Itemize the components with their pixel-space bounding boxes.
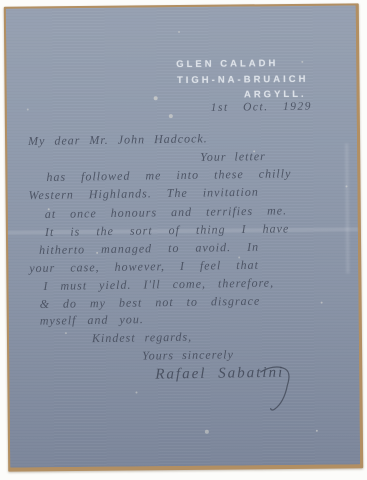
letterhead-line-estate: GLEN CALADH bbox=[176, 56, 278, 72]
letter-line: hitherto managed to avoid. In bbox=[39, 240, 259, 258]
paper-specks bbox=[6, 9, 8, 11]
letter-photo: GLEN CALADH TIGH-NA-BRUAICH ARGYLL. 1st … bbox=[0, 0, 367, 480]
closing: Kindest regards, bbox=[92, 330, 192, 346]
letter-line: myself and you. bbox=[40, 312, 144, 329]
handwritten-date: 1st Oct. 1929 bbox=[211, 100, 312, 113]
letter-paper: GLEN CALADH TIGH-NA-BRUAICH ARGYLL. 1st … bbox=[6, 5, 360, 467]
letter-line: has followed me into these chilly bbox=[46, 166, 291, 185]
signature-flourish bbox=[259, 364, 293, 414]
backing-sheet: GLEN CALADH TIGH-NA-BRUAICH ARGYLL. 1st … bbox=[4, 3, 363, 471]
valediction: Yours sincerely bbox=[142, 347, 234, 363]
letterhead: GLEN CALADH TIGH-NA-BRUAICH ARGYLL. bbox=[176, 56, 309, 104]
letterhead-line-town: TIGH-NA-BRUAICH bbox=[176, 71, 308, 88]
letter-line: It is the sort of thing I have bbox=[45, 221, 290, 240]
letter-line: Western Highlands. The invitation bbox=[28, 185, 258, 203]
letter-line: & do my best not to disgrace bbox=[40, 294, 261, 312]
letter-line: I must yield. I'll come, therefore, bbox=[43, 276, 274, 294]
salutation: My dear Mr. John Hadcock. bbox=[28, 131, 208, 149]
letter-line: your case, however, I feel that bbox=[29, 258, 259, 276]
edge-highlight bbox=[345, 143, 349, 273]
letter-line: Your letter bbox=[200, 149, 266, 165]
letter-line: at once honours and terrifies me. bbox=[45, 203, 288, 222]
